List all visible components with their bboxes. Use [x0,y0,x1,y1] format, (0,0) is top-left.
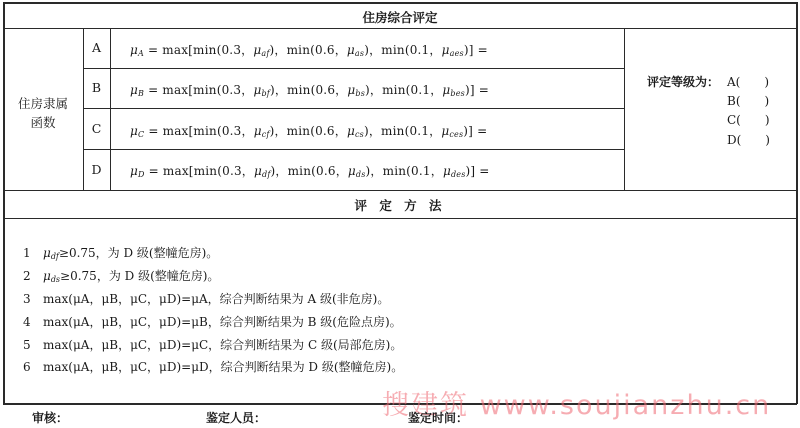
membership-function-label: 住房隶属 函数 [3,94,83,132]
method-item-2: 2μds≥0.75，为 D 级(整幢危房)。 [23,267,219,284]
row-divider-bc [83,108,624,109]
grade-letter-d: D [83,162,110,177]
table-title: 住房综合评定 [3,8,797,26]
formula-row-b: μB = max[min(0.3，μbf)，min(0.6，μbs)，min(0… [130,81,489,98]
row-divider-ab [83,68,624,69]
table-top-border [3,2,797,4]
formula-row-d: μD = max[min(0.3，μdf)，min(0.6，μds)，min(0… [130,162,490,179]
col-divider-result [624,28,625,190]
grade-letter-b: B [83,80,110,95]
section-divider [3,190,797,191]
col-divider-grade [110,28,111,190]
grade-letter-c: C [83,121,110,136]
review-label: 审核： [32,409,68,426]
grade-option-d[interactable]: D( ) [727,131,770,148]
method-item-5: 5max(μA，μB，μC，μD)=μC，综合判断结果为 C 级(局部危房)。 [23,336,402,353]
appraisal-date-label: 鉴定时间： [408,409,468,426]
method-item-4: 4max(μA，μB，μC，μD)=μB，综合判断结果为 B 级(危险点房)。 [23,313,402,330]
formula-row-c: μC = max[min(0.3，μcf)，min(0.6，μcs)，min(0… [130,122,487,139]
grade-option-b[interactable]: B( ) [727,92,769,109]
grade-result-label: 评定等级为： [647,73,719,90]
grade-option-a[interactable]: A( ) [727,73,769,90]
row-divider-cd [83,149,624,150]
header-divider [3,28,797,29]
grade-option-c[interactable]: C( ) [727,111,770,128]
method-item-1: 1μdf≥0.75，为 D 级(整幢危房)。 [23,244,218,261]
method-item-3: 3max(μA，μB，μC，μD)=μA，综合判断结果为 A 级(非危房)。 [23,290,389,307]
appraiser-label: 鉴定人员： [206,409,266,426]
membership-label-line1: 住房隶属 [3,94,83,113]
method-header-divider [3,218,797,219]
method-title: 评 定 方 法 [3,196,797,214]
method-item-6: 6max(μA，μB，μC，μD)=μD，综合判断结果为 D 级(整幢危房)。 [23,358,403,375]
formula-row-a: μA = max[min(0.3，μaf)，min(0.6，μas)，min(0… [130,41,488,58]
membership-label-line2: 函数 [3,113,83,132]
grade-letter-a: A [83,40,110,55]
